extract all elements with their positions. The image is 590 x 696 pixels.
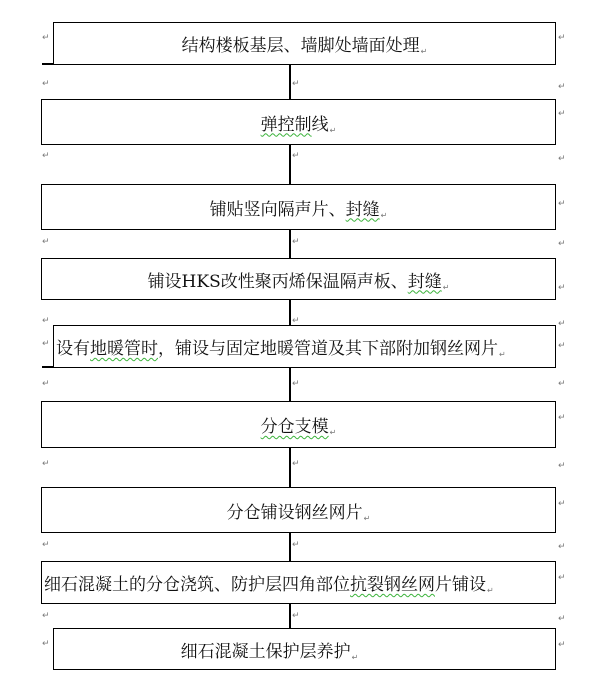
flow-step-7-label: 分仓铺设钢丝网片↵ bbox=[227, 498, 371, 523]
paragraph-mark-icon: ↵ bbox=[558, 574, 566, 583]
paragraph-mark-icon: ↵ bbox=[292, 460, 300, 469]
paragraph-mark-icon: ↵ bbox=[42, 541, 50, 550]
paragraph-mark-icon: ↵ bbox=[558, 462, 566, 471]
paragraph-mark-icon: ↵ bbox=[558, 342, 566, 351]
paragraph-mark-icon: ↵ bbox=[558, 414, 566, 423]
paragraph-mark-icon: ↵ bbox=[42, 380, 50, 389]
connector-5-6 bbox=[289, 368, 291, 401]
paragraph-mark-icon: ↵ bbox=[558, 155, 566, 164]
paragraph-mark-icon: ↵ bbox=[42, 460, 50, 469]
flow-step-5-box: 设有地暖管时，铺设与固定地暖管道及其下部附加钢丝网片↵ bbox=[53, 325, 556, 368]
flow-step-4-box: 铺设HKS改性聚丙烯保温隔声板、封缝↵ bbox=[41, 258, 556, 300]
paragraph-mark-icon: ↵ bbox=[42, 152, 50, 161]
paragraph-mark-icon: ↵ bbox=[292, 380, 300, 389]
paragraph-mark-icon: ↵ bbox=[292, 541, 300, 550]
flow-step-8-box: 细石混凝土的分仓浇筑、防护层四角部位抗裂钢丝网片铺设↵ bbox=[41, 561, 556, 604]
connector-8-9 bbox=[289, 604, 291, 628]
connector-1-2 bbox=[289, 65, 291, 99]
flow-step-2-box: 弹控制线↵ bbox=[41, 99, 556, 145]
paragraph-mark-icon: ↵ bbox=[292, 238, 300, 247]
flow-step-7-box: 分仓铺设钢丝网片↵ bbox=[41, 487, 556, 533]
paragraph-mark-icon: ↵ bbox=[558, 641, 566, 650]
flow-step-6-label: 分仓支模↵ bbox=[261, 412, 337, 437]
flow-step-2-label: 弹控制线↵ bbox=[261, 110, 337, 135]
paragraph-mark-icon: ↵ bbox=[558, 200, 566, 209]
connector-6-7 bbox=[289, 448, 291, 487]
step-1-underline bbox=[42, 63, 54, 65]
flow-step-3-box: 铺贴竖向隔声片、封缝↵ bbox=[41, 184, 556, 230]
paragraph-mark-icon: ↵ bbox=[42, 640, 50, 649]
paragraph-mark-icon: ↵ bbox=[558, 380, 566, 389]
paragraph-mark-icon: ↵ bbox=[42, 612, 50, 621]
paragraph-mark-icon: ↵ bbox=[558, 83, 566, 92]
paragraph-mark-icon: ↵ bbox=[558, 500, 566, 509]
paragraph-mark-icon: ↵ bbox=[558, 615, 566, 624]
flow-step-9-label: 细石混凝土保护层养护↵ bbox=[181, 637, 359, 662]
paragraph-mark-icon: ↵ bbox=[558, 240, 566, 249]
paragraph-mark-icon: ↵ bbox=[558, 34, 566, 43]
paragraph-mark-icon: ↵ bbox=[558, 320, 566, 329]
connector-3-4 bbox=[289, 230, 291, 258]
flow-step-1-box: 结构楼板基层、墙脚处墙面处理↵ bbox=[53, 22, 556, 65]
paragraph-mark-icon: ↵ bbox=[42, 317, 50, 326]
flow-step-9-box: 细石混凝土保护层养护↵ bbox=[53, 628, 556, 670]
paragraph-mark-icon: ↵ bbox=[292, 152, 300, 161]
connector-4-5 bbox=[289, 300, 291, 325]
paragraph-mark-icon: ↵ bbox=[292, 317, 300, 326]
paragraph-mark-icon: ↵ bbox=[558, 284, 566, 293]
flow-step-1-label: 结构楼板基层、墙脚处墙面处理↵ bbox=[182, 31, 428, 56]
paragraph-mark-icon: ↵ bbox=[42, 80, 50, 89]
paragraph-mark-icon: ↵ bbox=[558, 110, 566, 119]
flow-step-6-box: 分仓支模↵ bbox=[41, 401, 556, 448]
connector-7-8 bbox=[289, 533, 291, 561]
connector-2-3 bbox=[289, 145, 291, 184]
flow-step-5-label: 设有地暖管时，铺设与固定地暖管道及其下部附加钢丝网片↵ bbox=[56, 334, 506, 359]
flow-step-8-label: 细石混凝土的分仓浇筑、防护层四角部位抗裂钢丝网片铺设↵ bbox=[44, 570, 494, 595]
paragraph-mark-icon: ↵ bbox=[42, 238, 50, 247]
paragraph-mark-icon: ↵ bbox=[292, 80, 300, 89]
paragraph-mark-icon: ↵ bbox=[558, 543, 566, 552]
flow-step-4-label: 铺设HKS改性聚丙烯保温隔声板、封缝↵ bbox=[148, 267, 450, 292]
step-5-underline bbox=[42, 366, 54, 368]
paragraph-mark-icon: ↵ bbox=[42, 340, 50, 349]
paragraph-mark-icon: ↵ bbox=[292, 612, 300, 621]
paragraph-mark-icon: ↵ bbox=[42, 34, 50, 43]
flow-step-3-label: 铺贴竖向隔声片、封缝↵ bbox=[210, 195, 388, 220]
